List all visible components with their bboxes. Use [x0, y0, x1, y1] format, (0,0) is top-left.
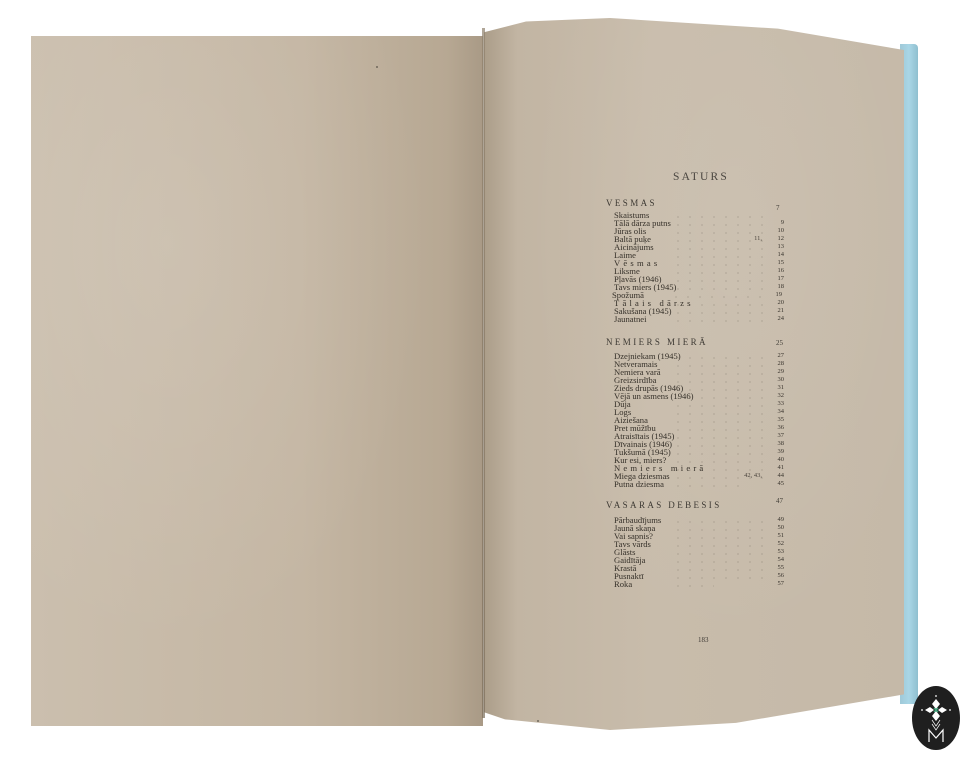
- book-gutter: [482, 28, 485, 718]
- toc-entry: Putna dziesma45: [614, 480, 784, 488]
- toc-title: SATURS: [673, 171, 729, 183]
- publisher-logo: [912, 686, 960, 750]
- page-folio-number: 183: [698, 636, 709, 644]
- toc-entry: Dūja33: [614, 400, 784, 408]
- toc-entry: Jaunatnei24: [614, 315, 784, 323]
- left-page-blank: [31, 36, 483, 726]
- toc-entry: Tavs vārds52: [614, 540, 784, 548]
- section-heading-nemiers-miera: NEMIERS MIERĀ: [606, 337, 708, 347]
- toc-entry: Pusnaktī56: [614, 572, 784, 580]
- toc-entry: Gaidītāja54: [614, 556, 784, 564]
- folk-ornament-logo-icon: [912, 686, 960, 750]
- toc-entry: Aicinājums13: [614, 243, 784, 251]
- section-heading-vasaras-debesis: VASARAS DEBESIS: [606, 500, 722, 510]
- paper-speck: [537, 720, 539, 722]
- paper-speck: [376, 66, 378, 68]
- open-book: SATURS VESMAS 7 Skaistums Tālā dārza put…: [0, 0, 974, 768]
- section-heading-vesmas: VESMAS: [606, 198, 657, 208]
- section-page-number: 47: [776, 497, 783, 505]
- toc-entry: Roka57: [614, 580, 784, 588]
- section-page-number: 25: [776, 339, 783, 347]
- toc-entry: Vējā un asmens (1946)32: [614, 392, 784, 400]
